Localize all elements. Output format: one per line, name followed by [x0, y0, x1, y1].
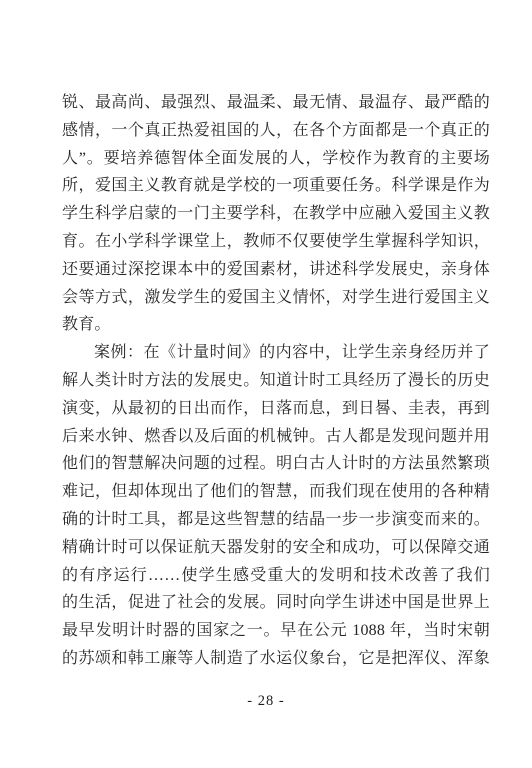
text-line: 最早发明计时器的国家之一。早在公元 1088 年，当时宋朝 — [62, 617, 490, 645]
text-line: 的有序运行……使学生感受重大的发明和技术改善了我们 — [62, 562, 490, 590]
text-line: 确的计时工具，都是这些智慧的结晶一步一步演变而来的。 — [62, 506, 490, 534]
text-line: 的生活，促进了社会的发展。同时向学生讲述中国是世界上 — [62, 589, 490, 617]
text-line: 会等方式，激发学生的爱国主义情怀，对学生进行爱国主义 — [62, 284, 490, 312]
text-line: 还要通过深挖课本中的爱国素材，讲述科学发展史，亲身体 — [62, 256, 490, 284]
text-line: 的苏颂和韩工廉等人制造了水运仪象台，它是把浑仪、浑象 — [62, 645, 490, 673]
text-line: 所，爱国主义教育就是学校的一项重要任务。科学课是作为 — [62, 172, 490, 200]
text-line: 后来水钟、燃香以及后面的机械钟。古人都是发现问题并用 — [62, 423, 490, 451]
text-line: 难记，但却体现出了他们的智慧，而我们现在使用的各种精 — [62, 478, 490, 506]
text-line: 精确计时可以保证航天器发射的安全和成功，可以保障交通 — [62, 534, 490, 562]
text-line: 教育。 — [62, 311, 490, 339]
text-line: 演变，从最初的日出而作，日落而息，到日晷、圭表，再到 — [62, 395, 490, 423]
page-number: - 28 - — [0, 693, 532, 710]
text-line: 案例：在《计量时间》的内容中，让学生亲身经历并了 — [62, 339, 490, 367]
text-line: 育。在小学科学课堂上，教师不仅要使学生掌握科学知识， — [62, 228, 490, 256]
text-line: 锐、最高尚、最强烈、最温柔、最无情、最温存、最严酷的 — [62, 89, 490, 117]
text-line: 学生科学启蒙的一门主要学科，在教学中应融入爱国主义教 — [62, 200, 490, 228]
text-line: 他们的智慧解决问题的过程。明白古人计时的方法虽然繁琐 — [62, 450, 490, 478]
text-line: 人”。要培养德智体全面发展的人，学校作为教育的主要场 — [62, 145, 490, 173]
body-text: 锐、最高尚、最强烈、最温柔、最无情、最温存、最严酷的 感情，一个真正热爱祖国的人… — [62, 89, 490, 673]
text-line: 感情，一个真正热爱祖国的人，在各个方面都是一个真正的 — [62, 117, 490, 145]
document-page: 锐、最高尚、最强烈、最温柔、最无情、最温存、最严酷的 感情，一个真正热爱祖国的人… — [0, 0, 532, 768]
text-line: 解人类计时方法的发展史。知道计时工具经历了漫长的历史 — [62, 367, 490, 395]
